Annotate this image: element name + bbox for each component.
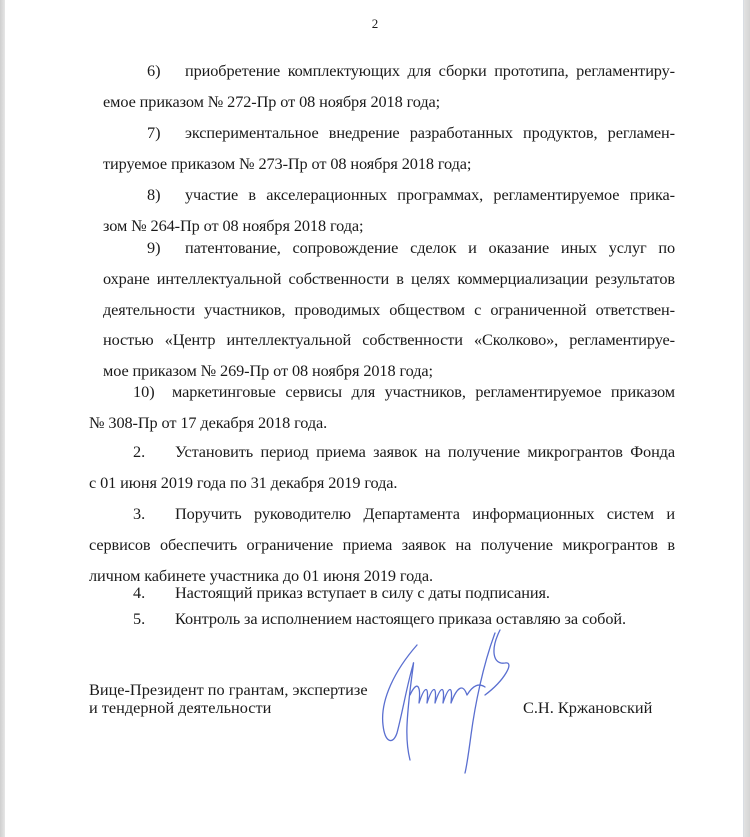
point-text: Установить период приема заявок на получ…	[175, 442, 675, 462]
item-text: деятельности участников, проводимых обще…	[103, 300, 675, 320]
signatory-title-line2: и тендерной деятельности	[89, 698, 271, 717]
item-text: участие в акселерационных программах, ре…	[185, 185, 675, 205]
item-text: № 308-Пр от 17 декабря 2018 года.	[89, 413, 327, 433]
item-number: 9)	[147, 238, 161, 258]
item-text: патентование, сопровождение сделок и ока…	[185, 238, 675, 258]
point-number: 2.	[133, 442, 145, 462]
item-text: маркетинговые сервисы для участников, ре…	[172, 382, 675, 402]
item-text: охране интеллектуальной собственности в …	[103, 269, 675, 289]
item-text: приобретение комплектующих для сборки пр…	[185, 61, 675, 81]
item-text: ностью «Центр интеллектуальной собственн…	[103, 330, 675, 350]
item-number: 7)	[147, 123, 161, 143]
item-number: 10)	[133, 382, 155, 402]
point-text: сервисов обеспечить ограничение приема з…	[89, 535, 675, 555]
item-text: мое приказом № 269-Пр от 08 ноября 2018 …	[103, 361, 433, 381]
handwritten-signature	[355, 625, 555, 775]
item-number: 8)	[147, 185, 161, 205]
item-text: тируемое приказом № 273-Пр от 08 ноября …	[103, 154, 471, 174]
point-number: 4.	[133, 583, 145, 603]
page-number: 2	[0, 16, 750, 32]
item-number: 6)	[147, 61, 161, 81]
point-text: Поручить руководителю Департамента инфор…	[175, 504, 675, 524]
item-text: емое приказом № 272-Пр от 08 ноября 2018…	[103, 92, 440, 112]
item-text: зом № 264-Пр от 08 ноября 2018 года;	[103, 216, 363, 236]
signatory-title-line1: Вице-Президент по грантам, экспертизе	[89, 680, 368, 699]
point-text: Настоящий приказ вступает в силу с даты …	[175, 583, 550, 603]
page-right-edge	[743, 0, 750, 837]
point-text: с 01 июня 2019 года по 31 декабря 2019 г…	[89, 473, 397, 493]
point-number: 3.	[133, 504, 145, 524]
page-left-edge	[0, 0, 5, 837]
point-number: 5.	[133, 609, 145, 629]
item-text: экспериментальное внедрение разработанны…	[185, 123, 675, 143]
